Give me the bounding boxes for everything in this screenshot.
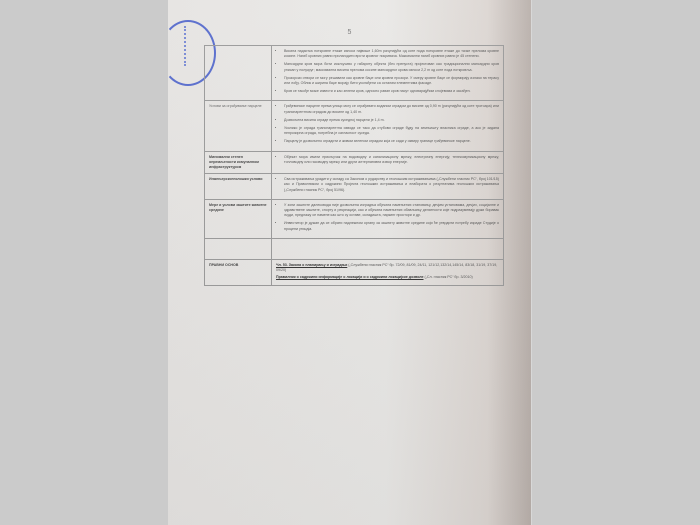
legal-basis-row: ПРАВНИ ОСНОВЧл. 53. Закона о планирању и… (205, 259, 504, 286)
table-row: Минимални степен опремљености комуналном… (205, 151, 504, 174)
table-gap (205, 238, 504, 259)
list-item: Висина надзитка поткровне етаже износи н… (284, 49, 499, 59)
list-item: Кров се такође може извести и као зелени… (284, 89, 499, 94)
list-item: Грађевинске парцеле према улици могу се … (284, 104, 499, 114)
legal-basis-content: Чл. 53. Закона о планирању и изградњи („… (272, 259, 504, 286)
row-content: У зони заштите далековода није дозвољена… (272, 199, 504, 238)
row-label: Инжењерскогеолошки услови (205, 174, 272, 200)
row-label: Минимални степен опремљености комуналном… (205, 151, 272, 174)
row-content: Висина надзитка поткровне етаже износи н… (272, 46, 504, 101)
list-item: Прозорски отвори се могу решавати као кр… (284, 76, 499, 86)
list-item: Сва истраживања урадити у складу са Зако… (284, 177, 499, 193)
row-content: Објекат мора имати прикључак на водоводн… (272, 151, 504, 174)
list-item: Мансардни кров мора бити искључиво у габ… (284, 62, 499, 72)
list-item: У зони заштите далековода није дозвољена… (284, 203, 499, 219)
table-row: Услови за ограђивање парцелеГрађевинске … (205, 101, 504, 151)
list-item: Објекат мора имати прикључак на водоводн… (284, 155, 499, 165)
document-page: 5 Висина надзитка поткровне етаже износи… (168, 0, 531, 525)
page-number: 5 (168, 29, 531, 36)
row-label: Мере и услови заштите животне средине (205, 199, 272, 238)
row-label (205, 46, 272, 101)
table-row: Инжењерскогеолошки условиСва истраживања… (205, 174, 504, 200)
table-row: Мере и услови заштите животне срединеУ з… (205, 199, 504, 238)
legal-basis-label: ПРАВНИ ОСНОВ (205, 259, 272, 286)
list-item: Парцелу је дозвољено оградити и живом зе… (284, 139, 499, 144)
list-item: Дозвољена висина ограде према суседној п… (284, 118, 499, 123)
table-row: Висина надзитка поткровне етаже износи н… (205, 46, 504, 101)
row-label: Услови за ограђивање парцеле (205, 101, 272, 151)
conditions-table: Висина надзитка поткровне етаже износи н… (204, 45, 504, 286)
list-item: Инвеститор је дужан да се обрати надлежн… (284, 221, 499, 231)
row-content: Грађевинске парцеле према улици могу се … (272, 101, 504, 151)
list-item: Уколико је ограда транспарентна изводи с… (284, 126, 499, 136)
row-content: Сва истраживања урадити у складу са Зако… (272, 174, 504, 200)
